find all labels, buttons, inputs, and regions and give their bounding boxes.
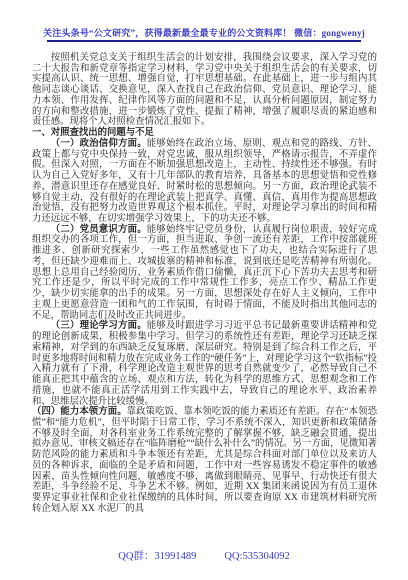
paragraph-ability-skill: （四）能力本领方面。靠政策吃饭、靠本领吃饭的能力素质还有差距。存在“本领恐慌”和…: [32, 407, 377, 514]
paragraph-party-member-awareness-text: 能够始终牢记党员身份，认真履行岗位职责，较好完成组织交办的各项工作，但一方面，担…: [32, 225, 377, 321]
qq-number: QQ:535304092: [224, 551, 289, 562]
intro-paragraph: 按照机关党总支关于组织生活会的计划安排，我围绕会议要求，深入学习党的二十大报告和…: [32, 53, 377, 128]
paragraph-theory-study-lead: （三）理论学习方面。: [51, 321, 147, 331]
paragraph-political-faith: （一）政治信仰方面。能够始终在政治立场、原则、观点和党的路线、方针、政策上都与党…: [32, 139, 377, 225]
paragraph-theory-study-text: 能够及时跟进学习习近平总书记最新重要讲话精神和党的理论创新成果，积极参集中学习。…: [32, 321, 377, 406]
paragraph-party-member-awareness-lead: （二）党员意识方面。: [51, 225, 147, 235]
promo-header-text: 关注头条号“公文研究”，获得最新最全最专业的公文资料库！ 微信：gongweny…: [43, 28, 365, 38]
paragraph-ability-skill-text: 靠政策吃饭、靠本领吃饭的能力素质还有差距。存在“本领恐慌”和“能力危机”，但平时…: [32, 407, 377, 514]
document-body: 按照机关党总支关于组织生活会的计划安排，我围绕会议要求，深入学习党的二十大报告和…: [32, 53, 377, 515]
header-divider-rule: [47, 40, 361, 42]
document-page: 关注头条号“公文研究”，获得最新最全最专业的公文资料库！ 微信：gongweny…: [0, 0, 408, 580]
paragraph-party-member-awareness: （二）党员意识方面。能够始终牢记党员身份，认真履行岗位职责，较好完成组织交办的各…: [32, 225, 377, 322]
paragraph-political-faith-text: 能够始终在政治立场、原则、观点和党的路线、方针、政策上都与党中央保持一致，对党忠…: [32, 139, 377, 224]
paragraph-ability-skill-lead: （四）能力本领方面。: [32, 407, 127, 417]
section-heading-text: 一、对照查找出的问题与不足: [32, 128, 154, 138]
promo-header-banner: 关注头条号“公文研究”，获得最新最全最专业的公文资料库！ 微信：gongweny…: [0, 26, 408, 39]
intro-paragraph-text: 按照机关党总支关于组织生活会的计划安排，我围绕会议要求，深入学习党的二十大报告和…: [32, 53, 377, 127]
paragraph-theory-study: （三）理论学习方面。能够及时跟进学习习近平总书记最新重要讲话精神和党的理论创新成…: [32, 321, 377, 407]
promo-footer: QQ群：31991489QQ:535304092: [0, 548, 408, 563]
paragraph-political-faith-lead: （一）政治信仰方面。: [51, 139, 147, 149]
section-heading: 一、对照查找出的问题与不足: [32, 128, 377, 139]
qq-group-number: QQ群：31991489: [118, 551, 196, 562]
